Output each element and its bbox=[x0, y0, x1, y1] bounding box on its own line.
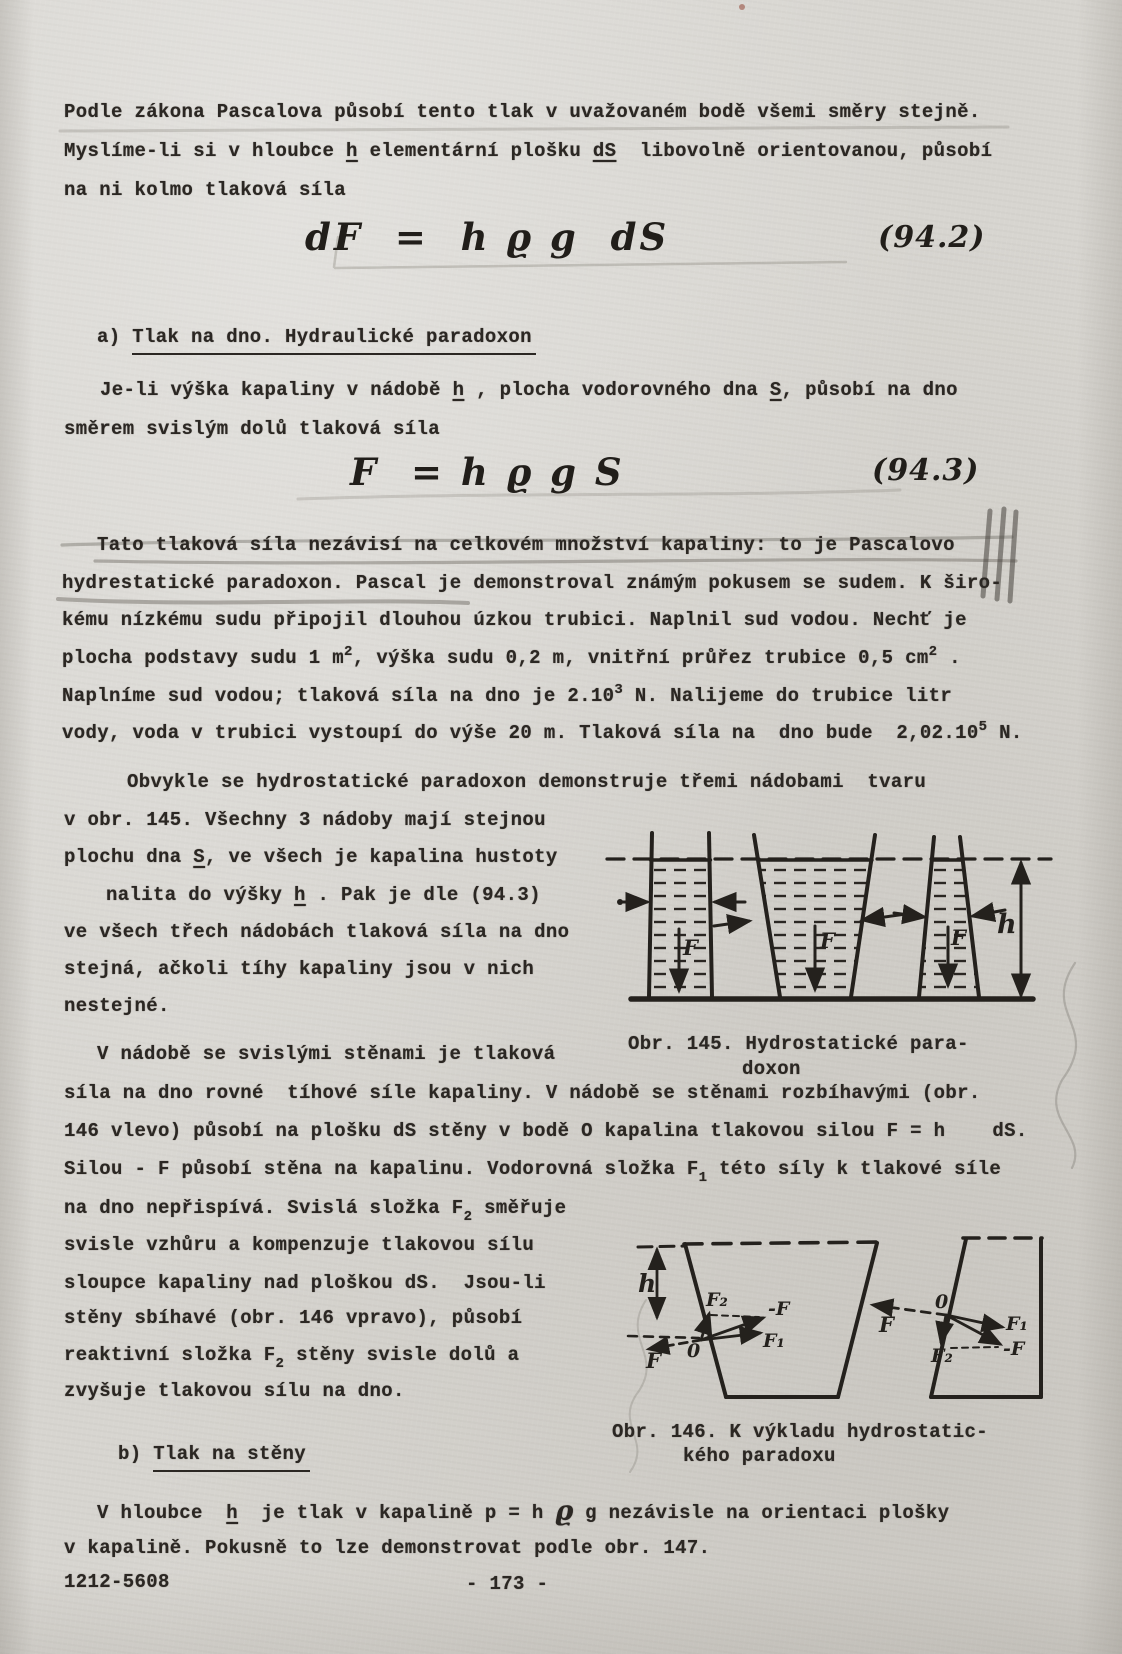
text-line: zvyšuje tlakovou sílu na dno. bbox=[64, 1379, 405, 1403]
force-label: F₂ bbox=[705, 1289, 728, 1311]
text-line: Silou - F působí stěna na kapalinu. Vodo… bbox=[64, 1157, 1001, 1183]
document-code: 1212-5608 bbox=[64, 1570, 170, 1594]
text-line: 146 vlevo) působí na plošku dS stěny v b… bbox=[64, 1119, 1028, 1143]
text-line: V hloubce h je tlak v kapalině p = h ϱ g… bbox=[97, 1498, 949, 1525]
projection-dashed bbox=[711, 1315, 759, 1317]
point-label: 0 bbox=[687, 1340, 700, 1362]
text-line: v kapalině. Pokusně to lze demonstrovat … bbox=[64, 1536, 710, 1560]
text-line: svisle vzhůru a kompenzuje tlakovou sílu bbox=[64, 1233, 534, 1257]
height-label: h bbox=[638, 1269, 656, 1298]
text-line: hydrestatické paradoxon. Pascal je demon… bbox=[62, 571, 1002, 595]
text-line: stejná, ačkoli tíhy kapaliny jsou v nich bbox=[64, 957, 534, 981]
equation-number: (94.3) bbox=[872, 453, 979, 488]
force-label: F bbox=[950, 925, 968, 950]
text-line: reaktivní složka F2 stěny svisle dolů a bbox=[64, 1343, 519, 1369]
text-line: Tato tlaková síla nezávisí na celkovém m… bbox=[97, 533, 955, 557]
text-line: síla na dno rovné tíhové síle kapaliny. … bbox=[64, 1081, 981, 1105]
text-line: Naplníme sud vodou; tlaková síla na dno … bbox=[62, 684, 952, 710]
text-line: stěny sbíhavé (obr. 146 vpravo), působí bbox=[64, 1306, 522, 1330]
page-number: - 173 - bbox=[466, 1572, 548, 1596]
pencil-underline-paradoxon bbox=[58, 599, 468, 603]
text-line: vody, voda v trubici vystoupí do výše 20… bbox=[62, 721, 1023, 747]
paper-speck bbox=[739, 4, 745, 10]
force-label: -F bbox=[768, 1298, 791, 1320]
force-label: F bbox=[682, 935, 700, 960]
text-line: v obr. 145. Všechny 3 nádoby mají stejno… bbox=[64, 808, 546, 832]
force-label: F bbox=[878, 1312, 896, 1337]
reference-dashed-line bbox=[628, 1336, 699, 1338]
equation-body: dF = h ϱ g dS bbox=[305, 215, 669, 259]
force-vectors-left bbox=[649, 1314, 763, 1349]
text-line: kému nízkému sudu připojil dlouhou úzkou… bbox=[62, 608, 967, 632]
force-label: -F bbox=[1003, 1338, 1026, 1360]
text-line: sloupce kapaliny nad ploškou dS. Jsou-li bbox=[64, 1271, 546, 1295]
force-label: F bbox=[645, 1348, 663, 1373]
text-line: nalita do výšky h . Pak je dle (94.3) bbox=[106, 883, 541, 907]
text-line: ve všech třech nádobách tlaková síla na … bbox=[64, 920, 569, 944]
point-label: 0 bbox=[935, 1291, 948, 1313]
section-heading-a: a) Tlak na dno. Hydraulické paradoxon bbox=[97, 325, 536, 349]
figure-146-diagram: h F₂ -F F₁ 0 F 0 F F₁ -F F₂ bbox=[600, 1228, 1060, 1406]
text-line: plocha podstavy sudu 1 m2, výška sudu 0,… bbox=[62, 646, 961, 672]
projection-dashed bbox=[951, 1347, 998, 1348]
text-line: plochu dna S, ve všech je kapalina husto… bbox=[64, 845, 558, 869]
caption-line: doxon bbox=[742, 1057, 801, 1081]
text-line: nestejné. bbox=[64, 994, 170, 1018]
text-line: Myslíme-li si v hloubce h elementární pl… bbox=[64, 139, 992, 163]
force-label: F₂ bbox=[930, 1345, 953, 1367]
force-label: F₁ bbox=[762, 1330, 785, 1352]
caption-line: kého paradoxu bbox=[683, 1444, 836, 1468]
vessel-converging-walls bbox=[894, 837, 1005, 997]
wall-pressure-arrow bbox=[714, 921, 749, 926]
figure-145-diagram: F F F h bbox=[593, 825, 1073, 1010]
text-line: směrem svislým dolů tlaková síla bbox=[64, 417, 440, 441]
pencil-smudge-line bbox=[60, 127, 1008, 131]
force-label: F bbox=[819, 928, 837, 953]
caption-line: Obr. 146. K výkladu hydrostatic- bbox=[612, 1420, 988, 1444]
text-line: na dno nepřispívá. Svislá složka F2 směř… bbox=[64, 1196, 566, 1222]
text-line: V nádobě se svislými stěnami je tlaková bbox=[97, 1042, 555, 1066]
text-line: Je-li výška kapaliny v nádobě h , plocha… bbox=[100, 378, 958, 402]
force-label: F₁ bbox=[1005, 1313, 1028, 1335]
text-line: na ni kolmo tlaková síla bbox=[64, 178, 346, 202]
level-tick-dashed bbox=[638, 1246, 685, 1247]
text-line: Obvykle se hydrostatické paradoxon demon… bbox=[127, 770, 926, 794]
pencil-underline-sentence bbox=[95, 560, 1016, 563]
vector-minusF bbox=[946, 1315, 1000, 1344]
scanned-textbook-page: Podle zákona Pascalova působí tento tlak… bbox=[0, 0, 1122, 1654]
height-label: h bbox=[997, 909, 1017, 940]
section-heading-b: b) Tlak na stěny bbox=[118, 1442, 310, 1466]
equation-number: (94.2) bbox=[878, 220, 985, 255]
caption-line: Obr. 145. Hydrostatické para- bbox=[628, 1032, 969, 1056]
equation-body: F = h ϱ g S bbox=[350, 450, 625, 494]
text-line: Podle zákona Pascalova působí tento tlak… bbox=[64, 100, 981, 124]
